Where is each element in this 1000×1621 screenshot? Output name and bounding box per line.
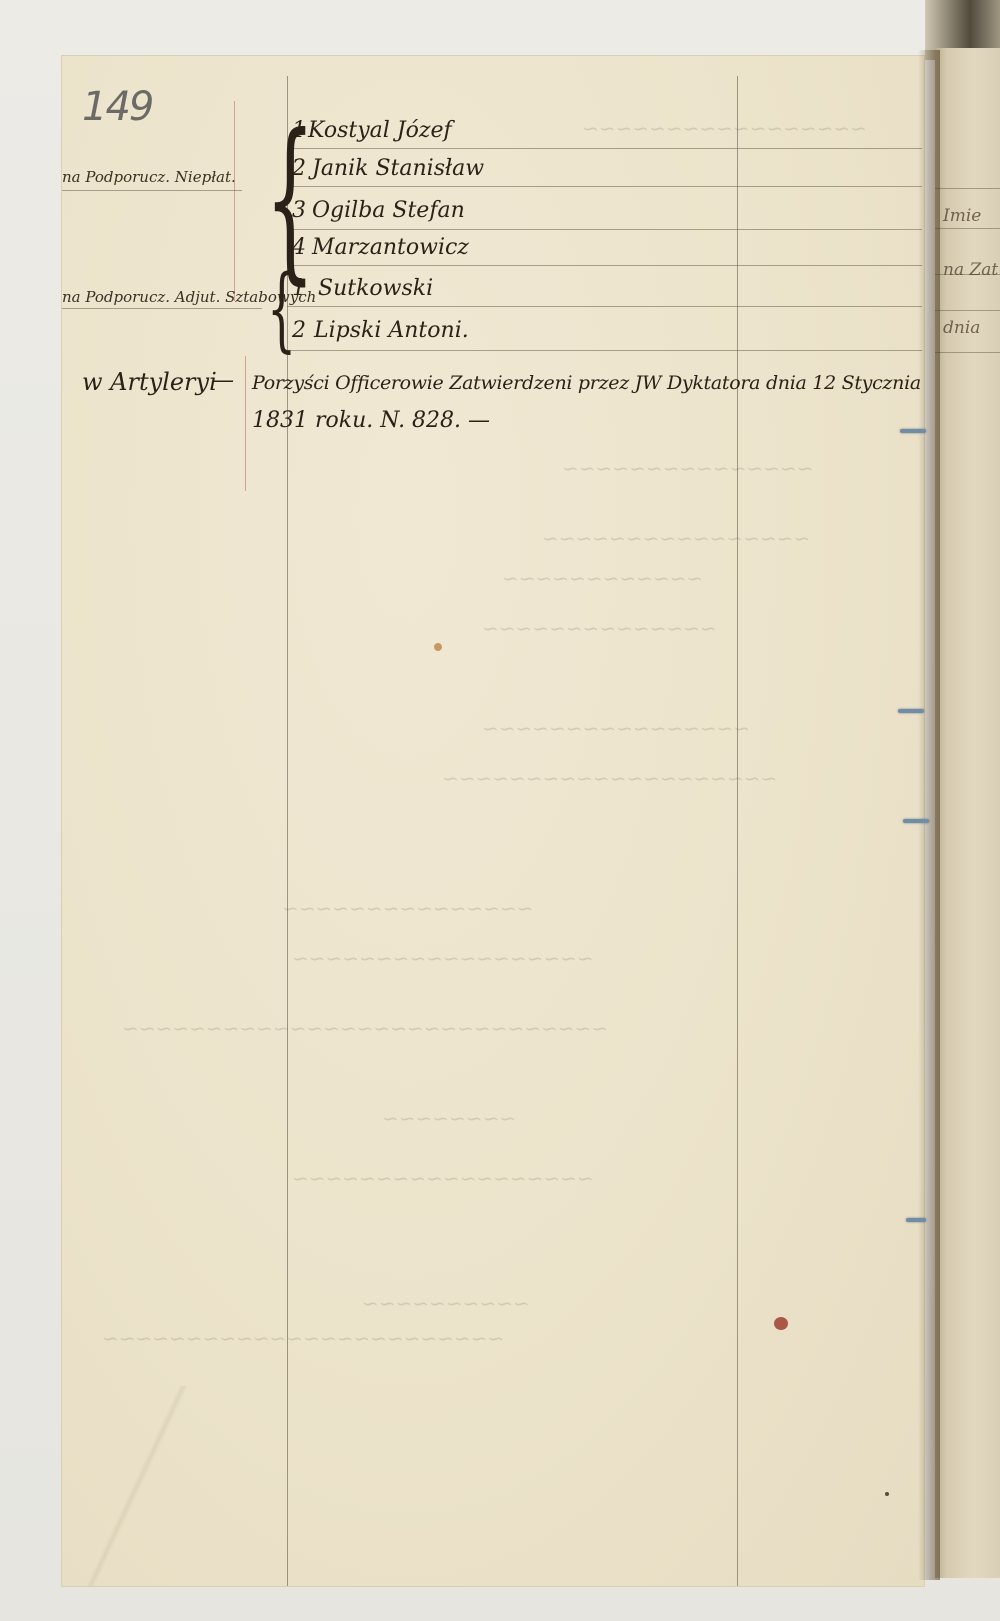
binding-stitch xyxy=(906,1218,926,1222)
ruled-line xyxy=(287,148,922,149)
bleed-through-text: ~~~~~~~~~~~~~~~~~~ xyxy=(292,946,594,970)
adjacent-page-rule xyxy=(935,228,1000,229)
bleed-through-text: ~~~~~~~~~~~~~~~~~~~~~~~~ xyxy=(102,1326,504,1350)
binding-gutter xyxy=(918,50,940,1580)
binding-stitch xyxy=(903,819,929,823)
bleed-through-text: ~~~~~~~~~~~~~~~ xyxy=(562,456,813,480)
bleed-through-text: ~~~~~~~~~~~~ xyxy=(502,566,703,590)
bleed-through-text: ~~~~~~~~~~~~~~~~~~ xyxy=(292,1166,594,1190)
binding-stitch xyxy=(898,709,924,713)
red-wax-spot xyxy=(774,1317,788,1330)
entry-name: Kostyal Józef xyxy=(308,118,452,143)
bleed-through-text: ~~~~~~~~~~~~~~~~ xyxy=(482,716,750,740)
red-margin-line xyxy=(234,101,235,301)
adjacent-page-rule xyxy=(935,188,1000,189)
entry-name: Sutkowski xyxy=(318,276,433,301)
ruled-line xyxy=(62,308,262,309)
adjacent-page-rule xyxy=(935,310,1000,311)
binding-stitch xyxy=(900,429,926,433)
ruled-line xyxy=(287,306,922,307)
ink-stain xyxy=(434,643,442,651)
entry-name: Janik Stanisław xyxy=(312,156,484,181)
document-page: ~~~~~~~~~~~~~~~~~ ~~~~~~~~~~~~~~~ ~~~~~~… xyxy=(62,56,924,1586)
entry-number: 2 xyxy=(292,156,306,181)
entry-number: 1 xyxy=(292,276,306,301)
entry-number: 3 xyxy=(292,198,306,223)
folio-number: 149 xyxy=(82,84,152,130)
adjacent-page-fragment: dnia xyxy=(943,318,980,338)
adjacent-page: Imie na Zat dnia xyxy=(935,48,1000,1578)
dash-separator: — xyxy=(212,368,234,393)
adjacent-page-fragment: Imie xyxy=(943,206,981,226)
ink-dot xyxy=(885,1492,889,1496)
bleed-through-text: ~~~~~~~~ xyxy=(382,1106,516,1130)
ruled-line xyxy=(62,190,242,191)
artillery-note-line1: Porzyści Officerowie Zatwierdzeni przez … xyxy=(252,372,921,394)
column-line-right xyxy=(737,76,738,1586)
section-label: na Podporucz. Niepłat. xyxy=(62,168,236,186)
artillery-note-line2: 1831 roku. N. 828. — xyxy=(252,408,490,433)
ruled-line xyxy=(287,265,922,266)
adjacent-page-fragment: na Zat xyxy=(943,260,998,280)
red-margin-line xyxy=(245,356,246,491)
entry-number: 2 xyxy=(292,318,306,343)
bleed-through-text: ~~~~~~~~~~~~~~~ xyxy=(282,896,533,920)
bleed-through-text: ~~~~~~~~~~ xyxy=(362,1291,530,1315)
bleed-through-text: ~~~~~~~~~~~~~~~~ xyxy=(542,526,810,550)
entry-name: Marzantowicz xyxy=(312,235,469,260)
bleed-through-text: ~~~~~~~~~~~~~~~~~~~~~~~~~~~~~ xyxy=(122,1016,608,1040)
adjacent-page-rule xyxy=(935,352,1000,353)
entry-name: Ogilba Stefan xyxy=(312,198,465,223)
bleed-through-text: ~~~~~~~~~~~~~~ xyxy=(482,616,717,640)
bleed-through-text: ~~~~~~~~~~~~~~~~~ xyxy=(582,116,867,140)
ruled-line xyxy=(287,350,922,351)
entry-number: 1 xyxy=(292,118,306,143)
section-label: w Artyleryi xyxy=(82,368,217,396)
bleed-through-text: ~~~~~~~~~~~~~~~~~~~~ xyxy=(442,766,777,790)
paper-fold xyxy=(62,1386,212,1586)
ruled-line xyxy=(287,186,922,187)
ruled-line xyxy=(287,229,922,230)
entry-name: Lipski Antoni. xyxy=(314,318,469,343)
